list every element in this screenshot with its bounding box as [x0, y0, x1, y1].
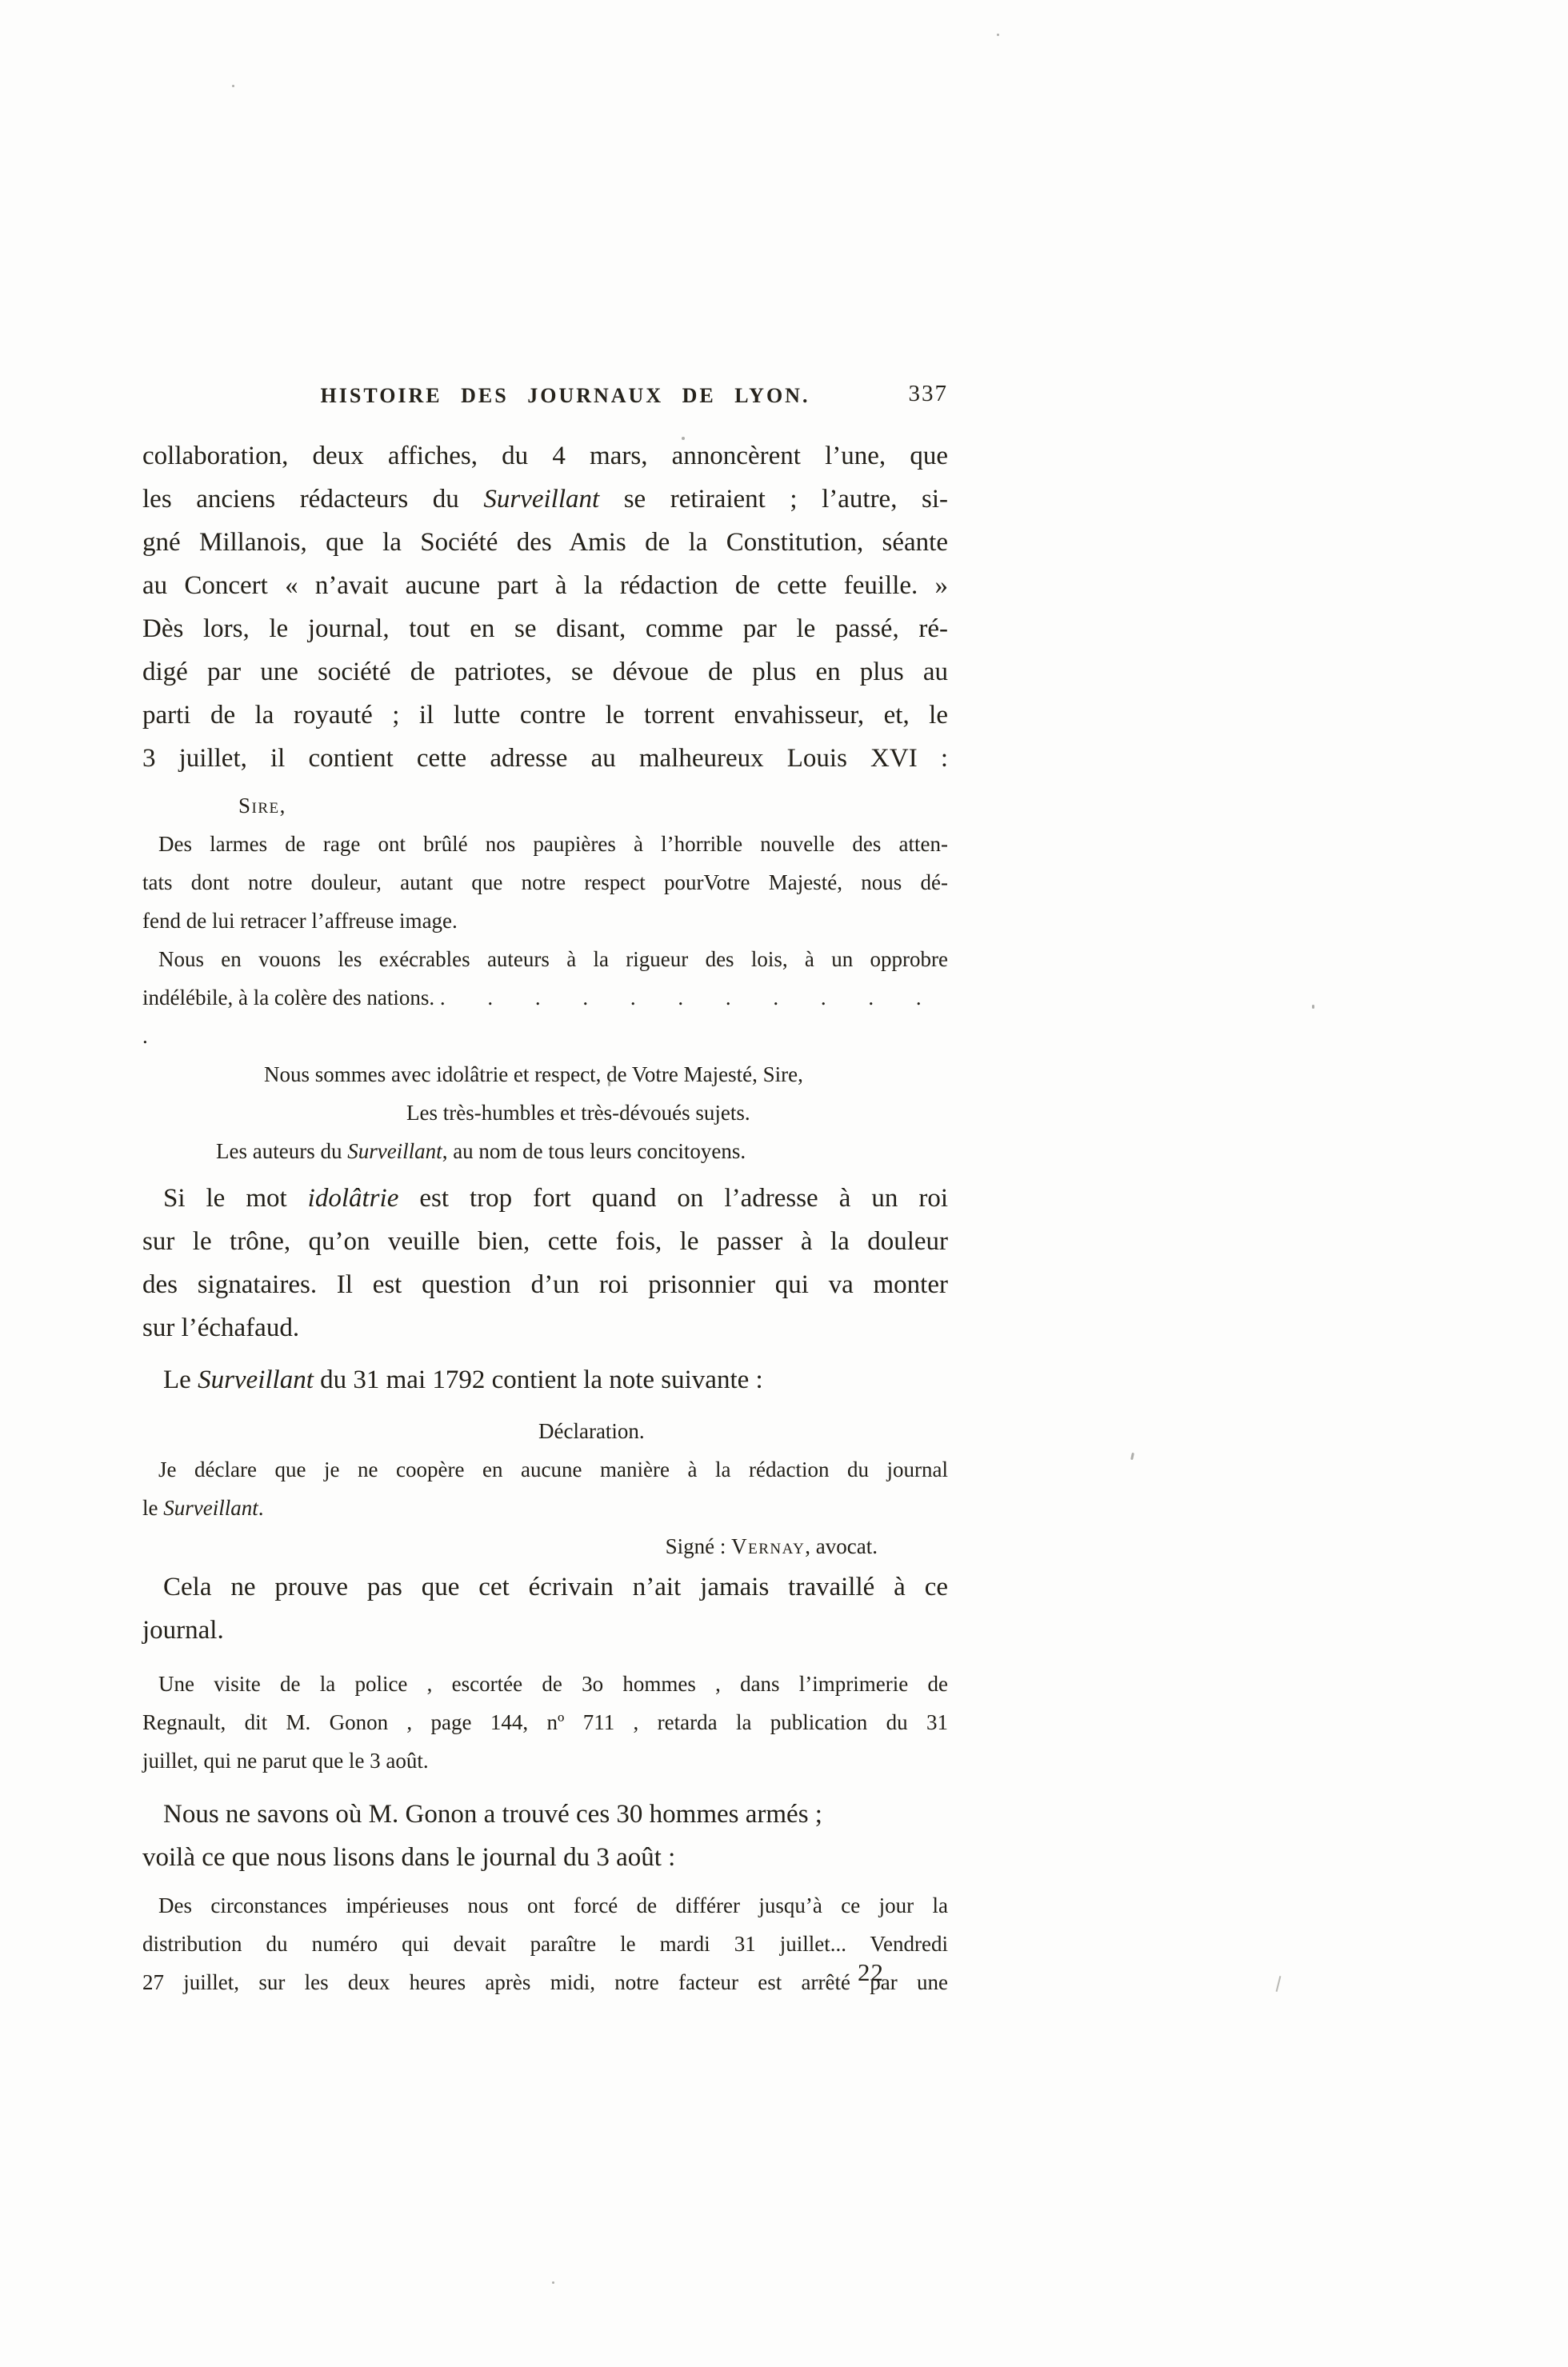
text-line: tats dont notre douleur, autant que notr…: [142, 863, 948, 902]
page-header-title: HISTOIRE DES JOURNAUX DE LYON.: [142, 384, 948, 408]
paragraph-4: Cela ne prouve pas que cet écrivain n’ai…: [142, 1565, 948, 1652]
text-line: sur l’échafaud.: [142, 1306, 948, 1349]
journal-title-italic: Surveillant: [198, 1365, 314, 1394]
emphasis-italic: idolâtrie: [308, 1184, 399, 1213]
text-line: le Surveillant.: [142, 1489, 948, 1527]
text-line: Des circonstances impérieuses nous ont f…: [142, 1886, 948, 1925]
text-run: Le: [163, 1365, 198, 1394]
blockquote-address: Sire, Des larmes de rage ont brûlé nos p…: [142, 786, 948, 1170]
text-run: , au nom de tous leurs concitoyens.: [442, 1139, 746, 1163]
text-line: distribution du numéro qui devait paraît…: [142, 1925, 948, 1963]
text-run: se retiraient ; l’autre, si-: [599, 485, 948, 514]
text-line: des signataires. Il est question d’un ro…: [142, 1263, 948, 1306]
scan-speck: [682, 437, 685, 440]
quote-heading: Déclaration.: [142, 1412, 948, 1450]
text-line: au Concert « n’avait aucune part à la ré…: [142, 564, 948, 607]
text-line: 3 juillet, il contient cette adresse au …: [142, 737, 948, 780]
scan-speck: [608, 1082, 610, 1086]
text-run: Signé :: [666, 1534, 732, 1558]
text-line: digé par une société de patriotes, se dé…: [142, 650, 948, 694]
text-line: Le Surveillant du 31 mai 1792 contient l…: [142, 1358, 948, 1401]
text-run: le: [142, 1496, 163, 1520]
printer-signature-mark: 22: [858, 1958, 884, 1987]
text-line: Une visite de la police , escortée de 3o…: [142, 1665, 948, 1703]
scan-speck: [997, 34, 999, 36]
text-line: voilà ce que nous lisons dans le journal…: [142, 1836, 948, 1879]
scanned-book-page: HISTOIRE DES JOURNAUX DE LYON. 337 colla…: [0, 0, 1568, 2367]
paragraph-2: Si le mot idolâtrie est trop fort quand …: [142, 1177, 948, 1349]
text-line: Dès lors, le journal, tout en se disant,…: [142, 607, 948, 650]
signatory-name-small-caps: Vernay: [731, 1534, 805, 1558]
text-line: juillet, qui ne parut que le 3 août.: [142, 1741, 948, 1780]
page-number: 337: [909, 381, 949, 407]
blockquote-gonon: Une visite de la police , escortée de 3o…: [142, 1665, 948, 1780]
text-line: Je déclare que je ne coopère en aucune m…: [142, 1450, 948, 1489]
blockquote-journal-extract: Des circonstances impérieuses nous ont f…: [142, 1886, 948, 2001]
text-line: journal.: [142, 1609, 948, 1652]
scan-speck: [1312, 1005, 1314, 1009]
text-line: sur le trône, qu’on veuille bien, cette …: [142, 1220, 948, 1263]
signature-line: Les auteurs du Surveillant, au nom de to…: [142, 1132, 948, 1170]
journal-title-italic: Surveillant: [483, 485, 599, 514]
paragraph-1: collaboration, deux affiches, du 4 mars,…: [142, 434, 948, 780]
text-run: Les auteurs du: [216, 1139, 347, 1163]
paragraph-3: Le Surveillant du 31 mai 1792 contient l…: [142, 1358, 948, 1401]
text-line: les anciens rédacteurs du Surveillant se…: [142, 478, 948, 521]
scan-speck: [232, 85, 234, 87]
text-run: , avocat.: [805, 1534, 878, 1558]
text-run: du 31 mai 1792 contient la note suivante…: [314, 1365, 763, 1394]
closing-formula-line: Les très-humbles et très-dévoués sujets.: [142, 1094, 948, 1132]
text-run: est trop fort quand on l’adresse à un ro…: [398, 1184, 948, 1213]
text-line: collaboration, deux affiches, du 4 mars,…: [142, 434, 948, 478]
text-line: Nous ne savons où M. Gonon a trouvé ces …: [142, 1793, 948, 1836]
blockquote-declaration: Déclaration. Je déclare que je ne coopèr…: [142, 1412, 948, 1565]
signature-line: Signé : Vernay, avocat.: [142, 1527, 948, 1565]
small-caps-run: Sire,: [238, 794, 286, 818]
text-line: fend de lui retracer l’affreuse image.: [142, 902, 948, 940]
running-header: HISTOIRE DES JOURNAUX DE LYON. 337: [142, 384, 948, 413]
text-column: HISTOIRE DES JOURNAUX DE LYON. 337 colla…: [142, 384, 948, 2001]
scan-speck: [1130, 1453, 1134, 1460]
journal-title-italic: Surveillant: [347, 1139, 442, 1163]
scan-scratch-mark: [1276, 1976, 1282, 1992]
text-line: parti de la royauté ; il lutte contre le…: [142, 694, 948, 737]
paragraph-5: Nous ne savons où M. Gonon a trouvé ces …: [142, 1793, 948, 1879]
text-line: 27 juillet, sur les deux heures après mi…: [142, 1963, 948, 2001]
text-line: Regnault, dit M. Gonon , page 144, nº 71…: [142, 1703, 948, 1741]
journal-title-italic: Surveillant: [163, 1496, 258, 1520]
text-line: Des larmes de rage ont brûlé nos paupièr…: [142, 825, 948, 863]
closing-formula-line: Nous sommes avec idolâtrie et respect, d…: [142, 1055, 948, 1094]
text-run: indélébile, à la colère des nations.: [142, 986, 434, 1010]
text-run: les anciens rédacteurs du: [142, 485, 483, 514]
text-line-with-leader-dots: indélébile, à la colère des nations. . .…: [142, 978, 948, 1055]
salutation-line: Sire,: [142, 786, 948, 825]
scan-speck: [552, 2281, 554, 2284]
text-line: gné Millanois, que la Société des Amis d…: [142, 521, 948, 564]
text-run: Si le mot: [163, 1184, 308, 1213]
text-line: Nous en vouons les exécrables auteurs à …: [142, 940, 948, 978]
text-run: .: [258, 1496, 264, 1520]
text-line: Si le mot idolâtrie est trop fort quand …: [142, 1177, 948, 1220]
text-line: Cela ne prouve pas que cet écrivain n’ai…: [142, 1565, 948, 1609]
